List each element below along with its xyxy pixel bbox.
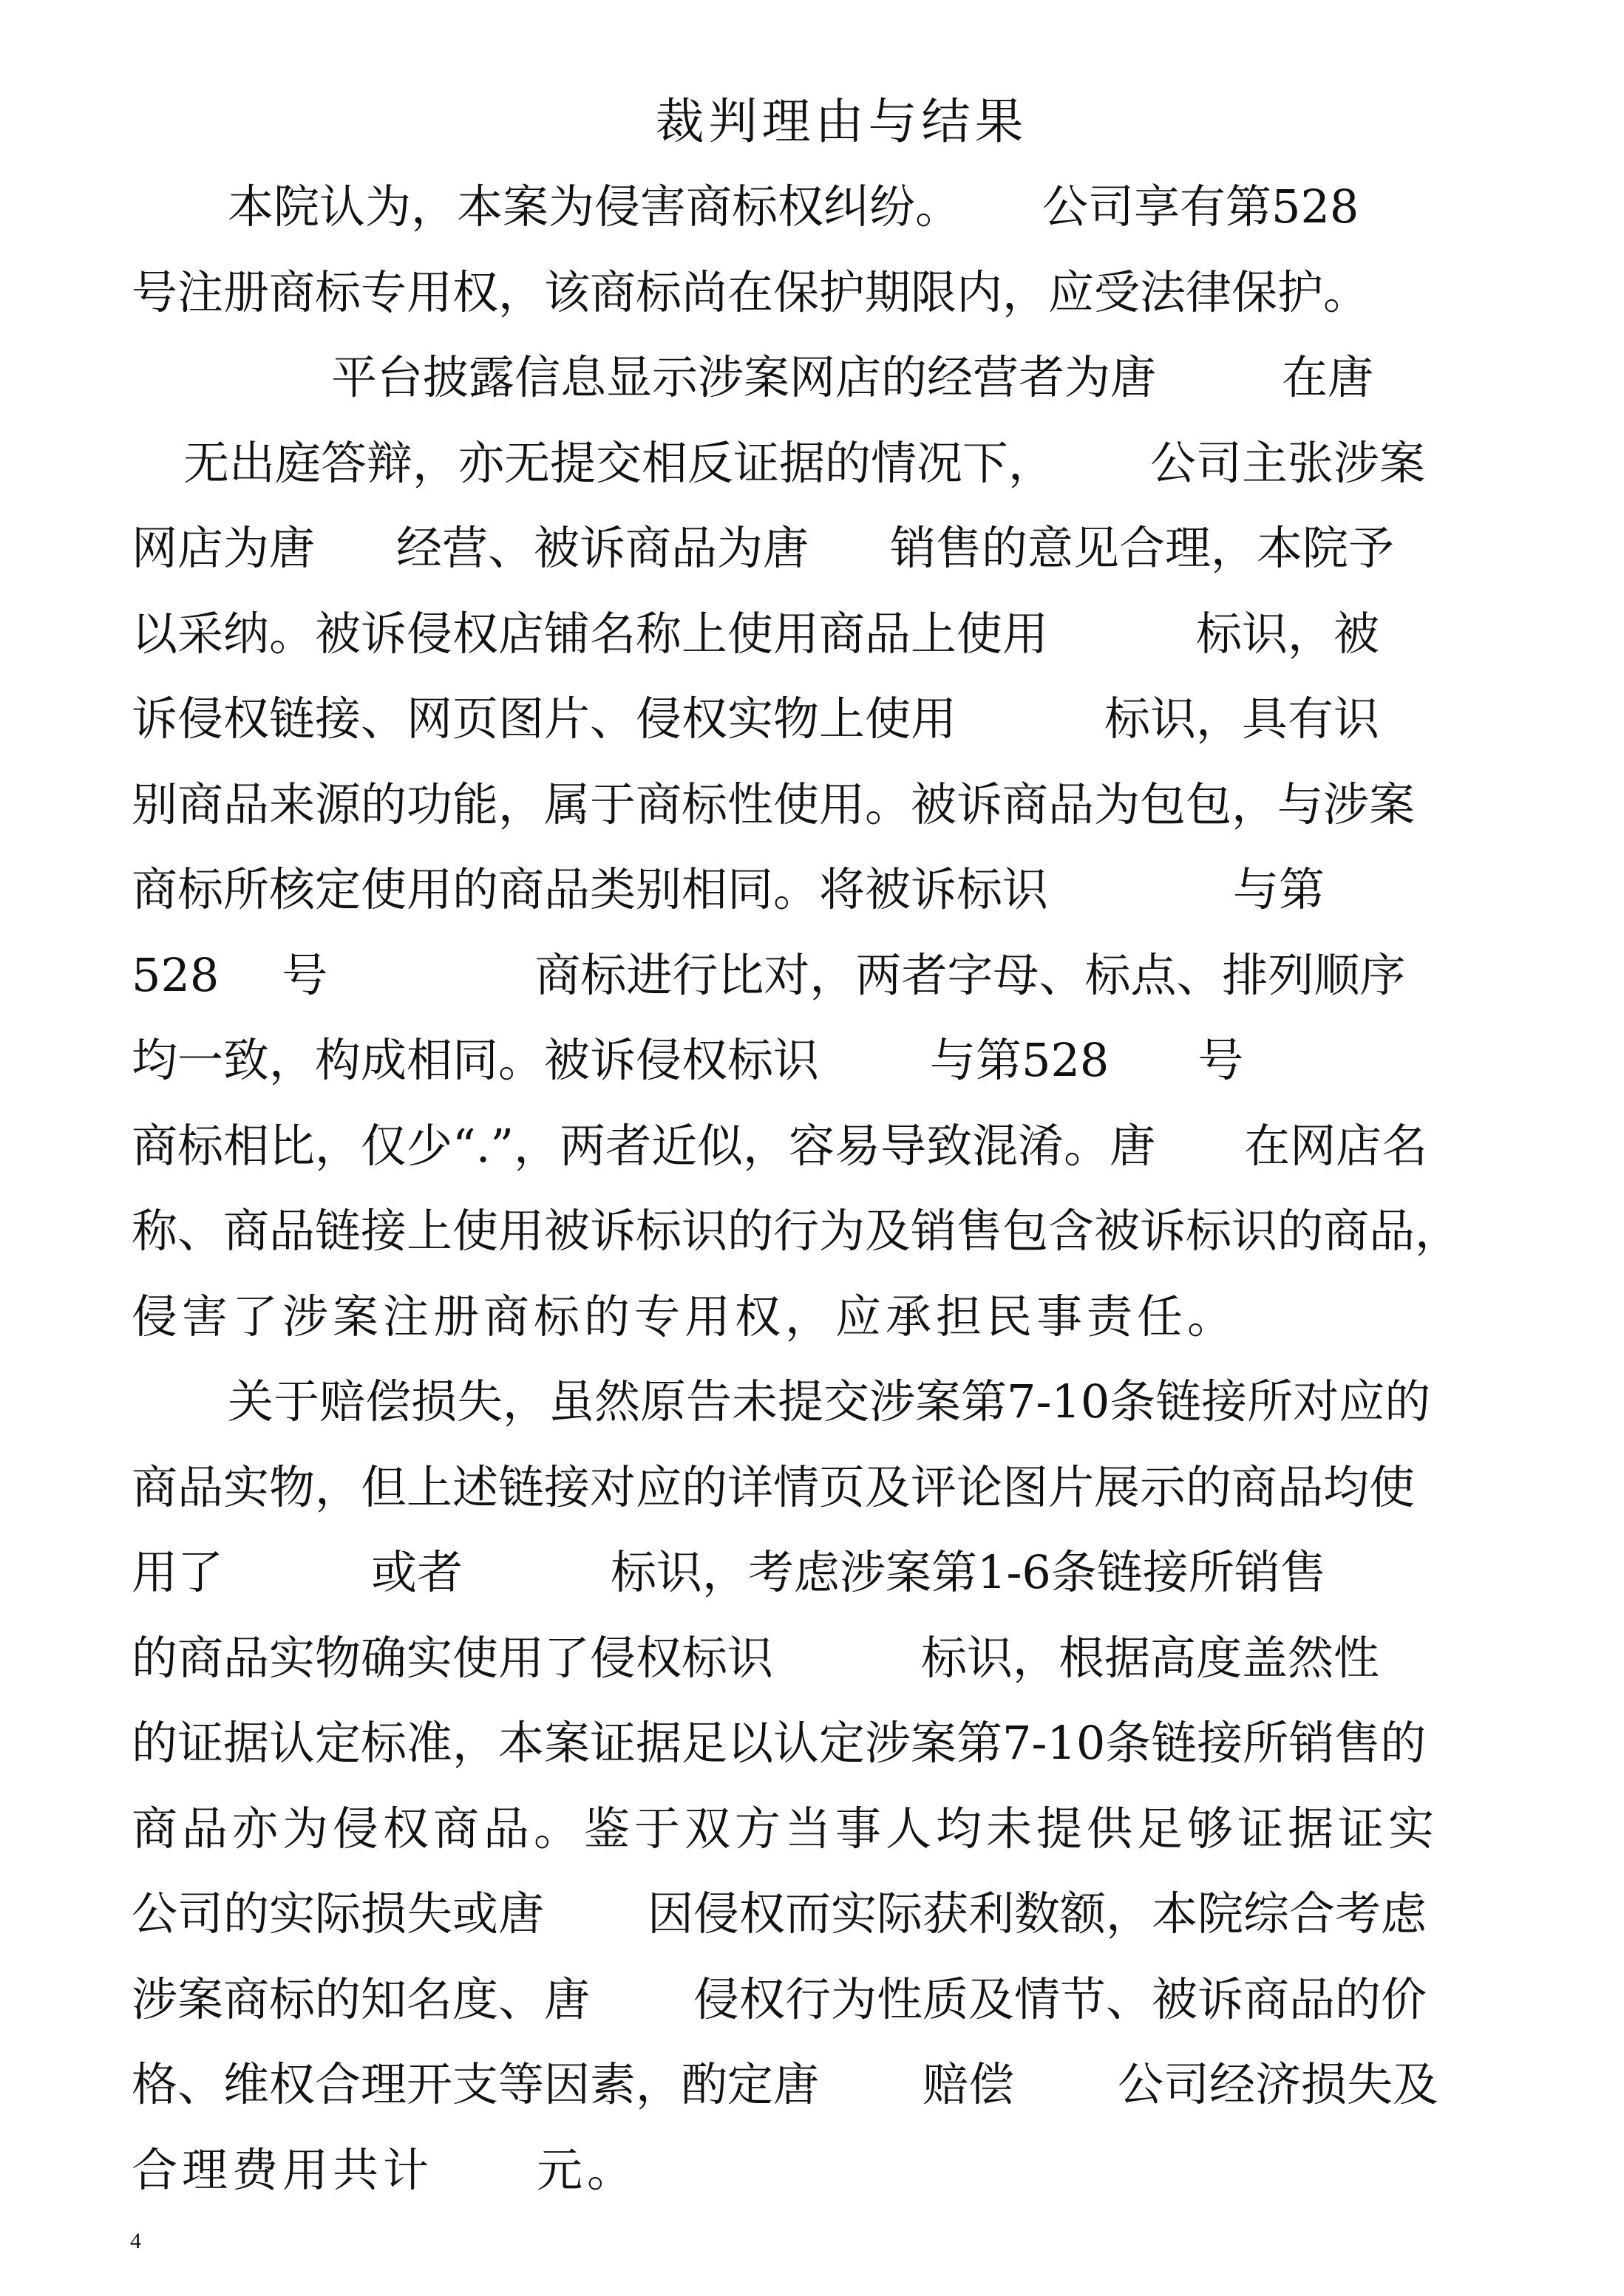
text-segment: 商品亦为侵权商品。鉴于双方当事人均未提供足够证据证实 (132, 1796, 1438, 1862)
text-segment: 或者 (371, 1539, 463, 1606)
text-segment: 528 (132, 942, 219, 1009)
text-line: 公司的实际损失或唐因侵权而实际获利数额，本院综合考虑 (132, 1881, 1538, 1947)
text-line: 528号商标进行比对，两者字母、标点、排列顺序 (132, 942, 1538, 1009)
text-line: 用了或者标识，考虑涉案第1-6条链接所销售 (132, 1539, 1538, 1606)
text-segment: 标识，具有识 (1104, 686, 1379, 752)
text-segment: 号 (1197, 1027, 1243, 1094)
text-segment: 销售的意见合理，本院予 (890, 515, 1394, 582)
text-segment: 商标所核定使用的商品类别相同。将被诉标识 (132, 856, 1048, 923)
text-segment: 涉案商标的知名度、唐 (132, 1966, 590, 2033)
text-line: 平台披露信息显示涉案网店的经营者为唐在唐 (331, 344, 1538, 411)
text-line: 以采纳。被诉侵权店铺名称上使用商品上使用标识，被 (132, 601, 1538, 667)
text-segment: 公司的实际损失或唐 (132, 1881, 544, 1947)
text-segment: 元。 (537, 2137, 637, 2204)
text-segment: 侵害了涉案注册商标的专用权，应承担民事责任。 (132, 1284, 1237, 1350)
text-segment: 商品实物，但上述链接对应的详情页及评论图片展示的商品均使 (132, 1454, 1415, 1521)
text-segment: 无出庭答辩，亦无提交相反证据的情况下， (183, 430, 1054, 497)
text-segment: 标识，考虑涉案第1-6条链接所销售 (611, 1539, 1326, 1606)
text-segment: 商标进行比对，两者字母、标点、排列顺序 (534, 942, 1405, 1009)
text-segment: 诉侵权链接、网页图片、侵权实物上使用 (132, 686, 957, 752)
text-line: 商标所核定使用的商品类别相同。将被诉标识与第 (132, 856, 1538, 923)
text-segment: 标识，被 (1196, 601, 1379, 667)
text-line: 关于赔偿损失，虽然原告未提交涉案第7-10条链接所对应的 (228, 1369, 1538, 1435)
text-segment: 格、维权合理开支等因素，酌定唐 (132, 2051, 819, 2118)
text-segment: 号 (282, 942, 327, 1009)
text-line: 均一致，构成相同。被诉侵权标识与第528号 (132, 1027, 1538, 1094)
text-line: 合理费用共计元。 (132, 2137, 1538, 2204)
text-line: 无出庭答辩，亦无提交相反证据的情况下，公司主张涉案 (183, 430, 1538, 497)
text-line: 网店为唐经营、被诉商品为唐销售的意见合理，本院予 (132, 515, 1538, 582)
text-line: 侵害了涉案注册商标的专用权，应承担民事责任。 (132, 1284, 1538, 1350)
text-segment: 用了 (132, 1539, 223, 1606)
text-line: 商标相比，仅少“.”，两者近似，容易导致混淆。唐在网店名 (132, 1113, 1538, 1179)
text-segment: 合理费用共计 (132, 2137, 433, 2204)
text-segment: 关于赔偿损失，虽然原告未提交涉案第7-10条链接所对应的 (228, 1369, 1430, 1435)
text-segment: 均一致，构成相同。被诉侵权标识 (132, 1027, 819, 1094)
text-segment: 以采纳。被诉侵权店铺名称上使用商品上使用 (132, 601, 1048, 667)
text-segment: 的证据认定标准，本案证据足以认定涉案第7-10条链接所销售的 (132, 1710, 1426, 1776)
text-line: 别商品来源的功能，属于商标性使用。被诉商品为包包，与涉案 (132, 771, 1538, 838)
page-title: 裁判理由与结果 (0, 92, 1624, 151)
text-segment: 别商品来源的功能，属于商标性使用。被诉商品为包包，与涉案 (132, 771, 1415, 838)
text-segment: 与第 (1233, 856, 1325, 923)
text-line: 商品实物，但上述链接对应的详情页及评论图片展示的商品均使 (132, 1454, 1538, 1521)
text-segment: 因侵权而实际获利数额，本院综合考虑 (648, 1881, 1427, 1947)
text-segment: 号注册商标专用权，该商标尚在保护期限内，应受法律保护。 (132, 259, 1369, 326)
text-line: 的证据认定标准，本案证据足以认定涉案第7-10条链接所销售的 (132, 1710, 1538, 1776)
text-segment: 在唐 (1282, 344, 1373, 411)
text-segment: 称、商品链接上使用被诉标识的行为及销售包含被诉标识的商品， (132, 1198, 1461, 1264)
text-line: 涉案商标的知名度、唐侵权行为性质及情节、被诉商品的价 (132, 1966, 1538, 2033)
text-segment: 在网店名 (1244, 1113, 1427, 1179)
text-segment: 公司主张涉案 (1150, 430, 1425, 497)
text-segment: 商标相比，仅少“.”，两者近似，容易导致混淆。唐 (132, 1113, 1155, 1179)
text-line: 诉侵权链接、网页图片、侵权实物上使用标识，具有识 (132, 686, 1538, 752)
text-segment: 标识，根据高度盖然性 (921, 1625, 1379, 1692)
text-line: 号注册商标专用权，该商标尚在保护期限内，应受法律保护。 (132, 259, 1538, 326)
text-segment: 公司享有第528 (1042, 174, 1359, 240)
text-line: 称、商品链接上使用被诉标识的行为及销售包含被诉标识的商品， (132, 1198, 1538, 1264)
text-segment: 网店为唐 (132, 515, 315, 582)
text-line: 的商品实物确实使用了侵权标识标识，根据高度盖然性 (132, 1625, 1538, 1692)
text-line: 格、维权合理开支等因素，酌定唐赔偿公司经济损失及 (132, 2051, 1538, 2118)
text-line: 本院认为，本案为侵害商标权纠纷。公司享有第528 (228, 174, 1538, 240)
text-segment: 赔偿 (923, 2051, 1014, 2118)
text-segment: 经营、被诉商品为唐 (396, 515, 809, 582)
page-number: 4 (130, 2228, 141, 2255)
text-segment: 平台披露信息显示涉案网店的经营者为唐 (331, 344, 1156, 411)
text-segment: 与第528 (930, 1027, 1109, 1094)
text-segment: 的商品实物确实使用了侵权标识 (132, 1625, 773, 1692)
text-segment: 侵权行为性质及情节、被诉商品的价 (693, 1966, 1427, 2033)
text-segment: 公司经济损失及 (1118, 2051, 1438, 2118)
text-line: 商品亦为侵权商品。鉴于双方当事人均未提供足够证据证实 (132, 1796, 1538, 1862)
document-page: 裁判理由与结果 本院认为，本案为侵害商标权纠纷。公司享有第528号注册商标专用权… (0, 0, 1624, 2296)
text-segment: 本院认为，本案为侵害商标权纠纷。 (228, 174, 961, 240)
